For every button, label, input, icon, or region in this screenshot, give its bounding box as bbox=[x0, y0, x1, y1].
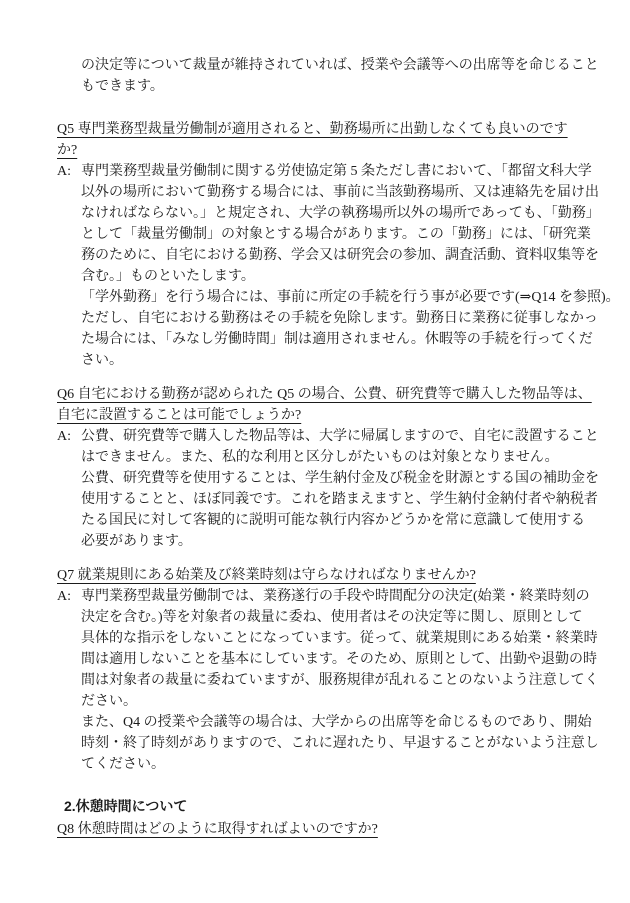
answer-prefix: A: bbox=[57, 586, 71, 607]
answer-text-line: 具体的な指示をしないことになっています。従って、就業規則にある始業・終業時 bbox=[57, 628, 576, 649]
question-heading-line: Q6 自宅における勤務が認められた Q5 の場合、公費、研究費等で購入した物品等… bbox=[57, 384, 576, 405]
question-q8: Q8 休憩時間はどのように取得すればよいのですか? bbox=[57, 819, 576, 840]
answer-text-line: てください。 bbox=[57, 754, 576, 775]
question-heading-line: Q5 専門業務型裁量労働制が適用されると、勤務場所に出勤しなくても良いのです bbox=[57, 119, 576, 140]
answer-first-line-text: 専門業務型裁量労働制に関する労使協定第 5 条ただし書において、「都留文科大学 bbox=[81, 164, 592, 179]
answer-text-line: 間は対象者の裁量に委ねていますが、服務規律が乱れることのないよう注意してく bbox=[57, 670, 576, 691]
faq-document: の決定等について裁量が維持されていれば、授業や会議等への出席等を命じることもでき… bbox=[57, 55, 576, 840]
answer-text-line: A:専門業務型裁量労働制に関する労使協定第 5 条ただし書において、「都留文科大… bbox=[57, 161, 576, 182]
answer-text-line: ただし、自宅における勤務はその手続を免除します。勤務日に業務に従事しなかっ bbox=[57, 308, 576, 329]
answer-text-line: A:専門業務型裁量労働制では、業務遂行の手段や時間配分の決定(始業・終業時刻の bbox=[57, 586, 576, 607]
answer-continuation-q4: の決定等について裁量が維持されていれば、授業や会議等への出席等を命じることもでき… bbox=[57, 55, 576, 97]
answer-first-line-text: 公費、研究費等で購入した物品等は、大学に帰属しますので、自宅に設置すること bbox=[81, 429, 599, 444]
answer-text-line: た場合には、「みなし労働時間」制は適用されません。休暇等の手続を行ってくだ bbox=[57, 329, 576, 350]
answer-q5: A:専門業務型裁量労働制に関する労使協定第 5 条ただし書において、「都留文科大… bbox=[57, 161, 576, 371]
section-heading-line: 2.休憩時間について bbox=[57, 796, 576, 817]
answer-text-line: もできます。 bbox=[57, 76, 576, 97]
answer-q6: A:公費、研究費等で購入した物品等は、大学に帰属しますので、自宅に設置することは… bbox=[57, 426, 576, 552]
answer-text-line: ださい。 bbox=[57, 691, 576, 712]
question-q6: Q6 自宅における勤務が認められた Q5 の場合、公費、研究費等で購入した物品等… bbox=[57, 384, 576, 426]
answer-text-line: として「裁量労働制」の対象とする場合があります。この「勤務」には、「研究業 bbox=[57, 224, 576, 245]
answer-text-line: 必要があります。 bbox=[57, 531, 576, 552]
document-page: の決定等について裁量が維持されていれば、授業や会議等への出席等を命じることもでき… bbox=[0, 0, 630, 903]
answer-text-line: たる国民に対して客観的に説明可能な執行内容かどうかを常に意識して使用する bbox=[57, 510, 576, 531]
answer-text-line: 「学外勤務」を行う場合には、事前に所定の手続を行う事が必要です(⇒Q14 を参照… bbox=[57, 287, 576, 308]
answer-text-line: はできません。また、私的な利用と区分しがたいものは対象となりません。 bbox=[57, 447, 576, 468]
answer-prefix: A: bbox=[57, 426, 71, 447]
answer-text-line: さい。 bbox=[57, 350, 576, 371]
question-q5: Q5 専門業務型裁量労働制が適用されると、勤務場所に出勤しなくても良いのですか? bbox=[57, 119, 576, 161]
question-heading-line: 自宅に設置することは可能でしょうか? bbox=[57, 405, 576, 426]
answer-prefix: A: bbox=[57, 161, 71, 182]
question-q7: Q7 就業規則にある始業及び終業時刻は守らなければなりませんか? bbox=[57, 565, 576, 586]
answer-text-line: 決定を含む。)等を対象者の裁量に委ね、使用者はその決定等に関し、原則として bbox=[57, 607, 576, 628]
answer-text-line: A:公費、研究費等で購入した物品等は、大学に帰属しますので、自宅に設置すること bbox=[57, 426, 576, 447]
answer-text-line: の決定等について裁量が維持されていれば、授業や会議等への出席等を命じること bbox=[57, 55, 576, 76]
answer-text-line: 時刻・終了時刻がありますので、これに遅れたり、早退することがないよう注意し bbox=[57, 733, 576, 754]
section-heading-2: 2.休憩時間について bbox=[57, 796, 576, 817]
answer-first-line-text: 専門業務型裁量労働制では、業務遂行の手段や時間配分の決定(始業・終業時刻の bbox=[81, 589, 590, 604]
answer-text-line: 含む。」ものといたします。 bbox=[57, 266, 576, 287]
answer-text-line: 務のために、自宅における勤務、学会又は研究会の参加、調査活動、資料収集等を bbox=[57, 245, 576, 266]
answer-text-line: また、Q4 の授業や会議等の場合は、大学からの出席等を命じるものであり、開始 bbox=[57, 712, 576, 733]
answer-text-line: 公費、研究費等を使用することは、学生納付金及び税金を財源とする国の補助金を bbox=[57, 468, 576, 489]
question-heading-line: か? bbox=[57, 140, 576, 161]
question-heading-line: Q7 就業規則にある始業及び終業時刻は守らなければなりませんか? bbox=[57, 565, 576, 586]
answer-text-line: 使用することと、ほぼ同義です。これを踏まえますと、学生納付金納付者や納税者 bbox=[57, 489, 576, 510]
answer-text-line: 間は適用しないことを基本にしています。そのため、原則として、出勤や退勤の時 bbox=[57, 649, 576, 670]
question-heading-line: Q8 休憩時間はどのように取得すればよいのですか? bbox=[57, 819, 576, 840]
answer-q7: A:専門業務型裁量労働制では、業務遂行の手段や時間配分の決定(始業・終業時刻の決… bbox=[57, 586, 576, 775]
answer-text-line: なければならない。」と規定され、大学の執務場所以外の場所であっても、「勤務」 bbox=[57, 203, 576, 224]
answer-text-line: 以外の場所において勤務する場合には、事前に当該勤務場所、又は連絡先を届け出 bbox=[57, 182, 576, 203]
